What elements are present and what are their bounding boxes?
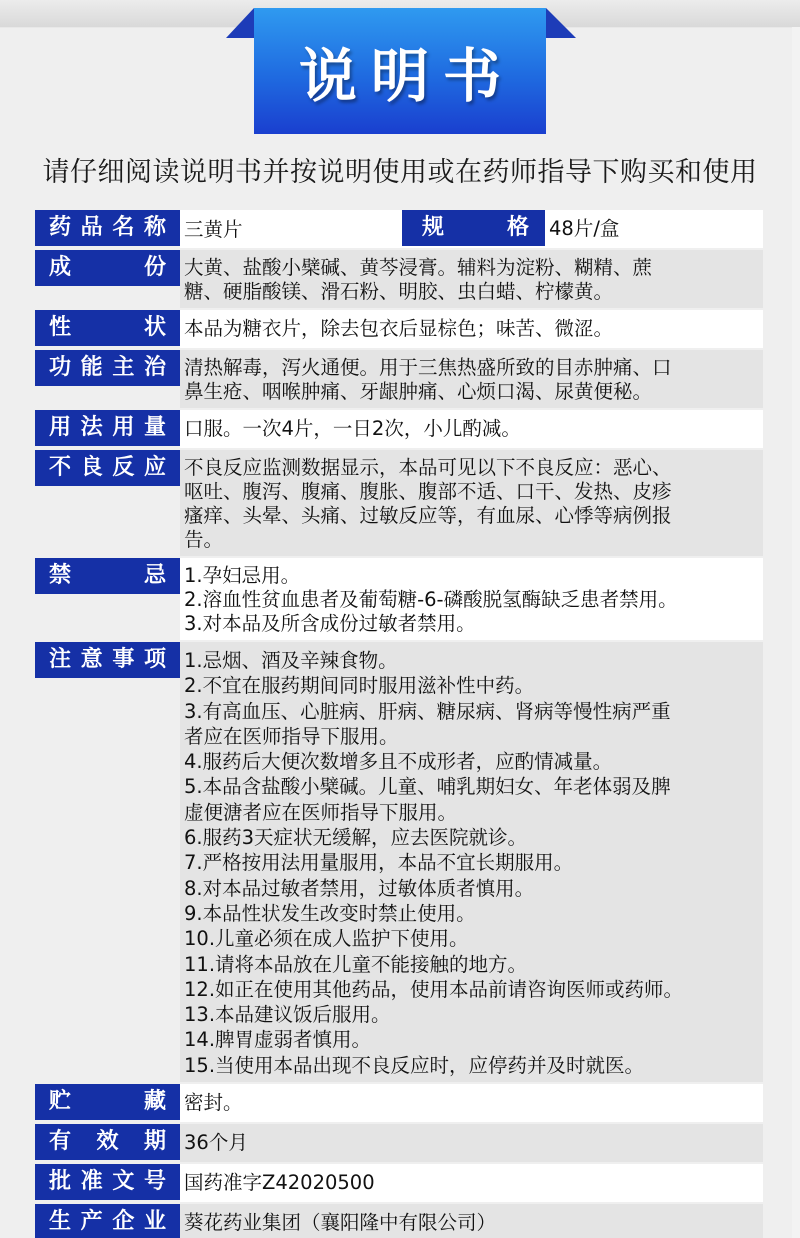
instruction-subtitle: 请仔细阅读说明书并按说明使用或在药师指导下购买和使用 (0, 150, 800, 189)
leaflet-table: 药 品 名 称 三黄片 规 格 48片/盒 成 份 大黄、盐酸小檗碱、黄芩浸膏。… (35, 210, 763, 1238)
label-expiry: 有 效 期 (35, 1124, 180, 1160)
label-dosage: 用 法 用 量 (35, 410, 180, 446)
row-storage: 贮 藏 密封。 (35, 1084, 763, 1122)
value-contraindications: 1.孕妇忌用。 2.溶血性贫血患者及葡萄糖-6-磷酸脱氢酶缺乏患者禁用。 3.对… (180, 558, 763, 640)
value-ingredients: 大黄、盐酸小檗碱、黄芩浸膏。辅料为淀粉、糊精、蔗 糖、硬脂酸镁、滑石粉、明胶、虫… (180, 250, 763, 308)
row-drug-name: 药 品 名 称 三黄片 规 格 48片/盒 (35, 210, 763, 248)
row-expiry: 有 效 期 36个月 (35, 1124, 763, 1162)
row-dosage: 用 法 用 量 口服。一次4片，一日2次，小儿酌减。 (35, 410, 763, 448)
label-spec: 规 格 (402, 210, 545, 246)
label-manufacturer: 生 产 企 业 (35, 1204, 180, 1238)
ribbon-body: 说明书 (254, 8, 546, 134)
value-approval-number: 国药准字Z42020500 (180, 1164, 763, 1202)
row-approval-number: 批 准 文 号 国药准字Z42020500 (35, 1164, 763, 1202)
value-spec: 48片/盒 (549, 210, 619, 248)
label-drug-name: 药 品 名 称 (35, 210, 180, 246)
right-edge-strip (792, 27, 800, 1238)
label-indications: 功 能 主 治 (35, 350, 180, 386)
label-appearance: 性 状 (35, 310, 180, 346)
row-adverse-reactions: 不 良 反 应 不良反应监测数据显示，本品可见以下不良反应：恶心、 呕吐、腹泻、… (35, 450, 763, 556)
label-ingredients: 成 份 (35, 250, 180, 286)
row-contraindications: 禁 忌 1.孕妇忌用。 2.溶血性贫血患者及葡萄糖-6-磷酸脱氢酶缺乏患者禁用。… (35, 558, 763, 640)
value-dosage: 口服。一次4片，一日2次，小儿酌减。 (180, 410, 763, 448)
value-appearance: 本品为糖衣片，除去包衣后显棕色；味苦、微涩。 (180, 310, 763, 348)
label-contraindications: 禁 忌 (35, 558, 180, 594)
label-adverse-reactions: 不 良 反 应 (35, 450, 180, 486)
label-approval-number: 批 准 文 号 (35, 1164, 180, 1200)
value-precautions: 1.忌烟、酒及辛辣食物。 2.不宜在服药期间同时服用滋补性中药。 3.有高血压、… (180, 642, 763, 1082)
title-ribbon: 说明书 (226, 8, 576, 136)
page-title: 说明书 (285, 29, 515, 113)
value-indications: 清热解毒，泻火通便。用于三焦热盛所致的目赤肿痛、口 鼻生疮、咽喉肿痛、牙龈肿痛、… (180, 350, 763, 408)
value-manufacturer: 葵花药业集团（襄阳隆中有限公司） (180, 1204, 763, 1238)
value-adverse-reactions: 不良反应监测数据显示，本品可见以下不良反应：恶心、 呕吐、腹泻、腹痛、腹胀、腹部… (180, 450, 763, 556)
label-storage: 贮 藏 (35, 1084, 180, 1120)
row-appearance: 性 状 本品为糖衣片，除去包衣后显棕色；味苦、微涩。 (35, 310, 763, 348)
row-indications: 功 能 主 治 清热解毒，泻火通便。用于三焦热盛所致的目赤肿痛、口 鼻生疮、咽喉… (35, 350, 763, 408)
row-precautions: 注 意 事 项 1.忌烟、酒及辛辣食物。 2.不宜在服药期间同时服用滋补性中药。… (35, 642, 763, 1082)
row-ingredients: 成 份 大黄、盐酸小檗碱、黄芩浸膏。辅料为淀粉、糊精、蔗 糖、硬脂酸镁、滑石粉、… (35, 250, 763, 308)
value-storage: 密封。 (180, 1084, 763, 1122)
row-manufacturer: 生 产 企 业 葵花药业集团（襄阳隆中有限公司） (35, 1204, 763, 1238)
value-expiry: 36个月 (180, 1124, 763, 1162)
ribbon-fold-left (226, 8, 254, 38)
label-precautions: 注 意 事 项 (35, 642, 180, 678)
ribbon-fold-right (546, 8, 576, 38)
